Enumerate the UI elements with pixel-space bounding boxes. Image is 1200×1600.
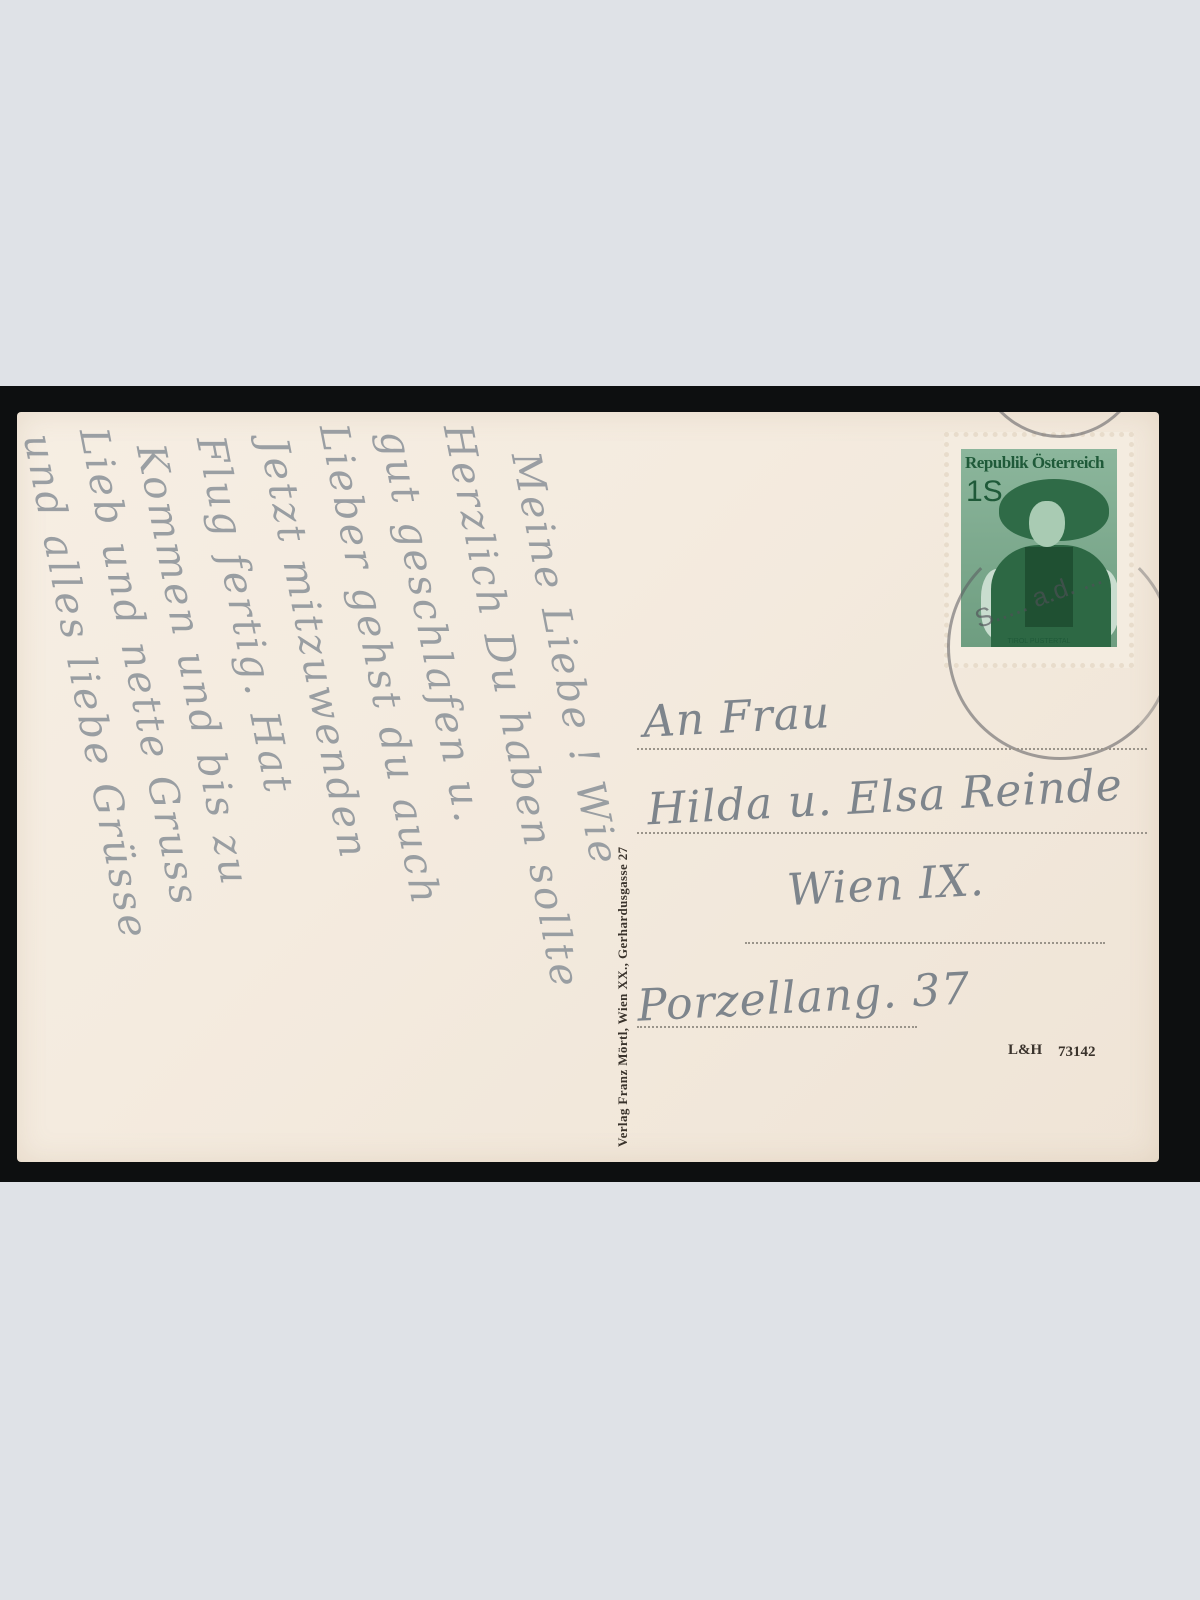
address-line-1: An Frau bbox=[642, 687, 832, 748]
stamp-value: 1S bbox=[966, 475, 1003, 509]
address-line-2: Hilda u. Elsa Reinde bbox=[646, 760, 1124, 836]
address-dotted-line bbox=[637, 748, 1147, 750]
stamp-country: Republik Österreich bbox=[965, 453, 1115, 473]
circular-cancellation-icon bbox=[947, 534, 1159, 760]
publisher-imprint: Verlag Franz Mörtl, Wien XX., Gerhardusg… bbox=[615, 846, 631, 1147]
address-dotted-line bbox=[637, 1026, 917, 1028]
address-line-4: Porzellang. 37 bbox=[636, 963, 972, 1031]
address-dotted-line bbox=[745, 942, 1105, 944]
postcard-back: Meine Liebe ! Wie Herzlich Du haben soll… bbox=[17, 412, 1159, 1162]
printer-logo-icon: L&H bbox=[1008, 1042, 1042, 1059]
address-dotted-line bbox=[637, 832, 1147, 834]
address-line-3: Wien IX. bbox=[786, 855, 986, 916]
card-number: 73142 bbox=[1058, 1044, 1096, 1061]
